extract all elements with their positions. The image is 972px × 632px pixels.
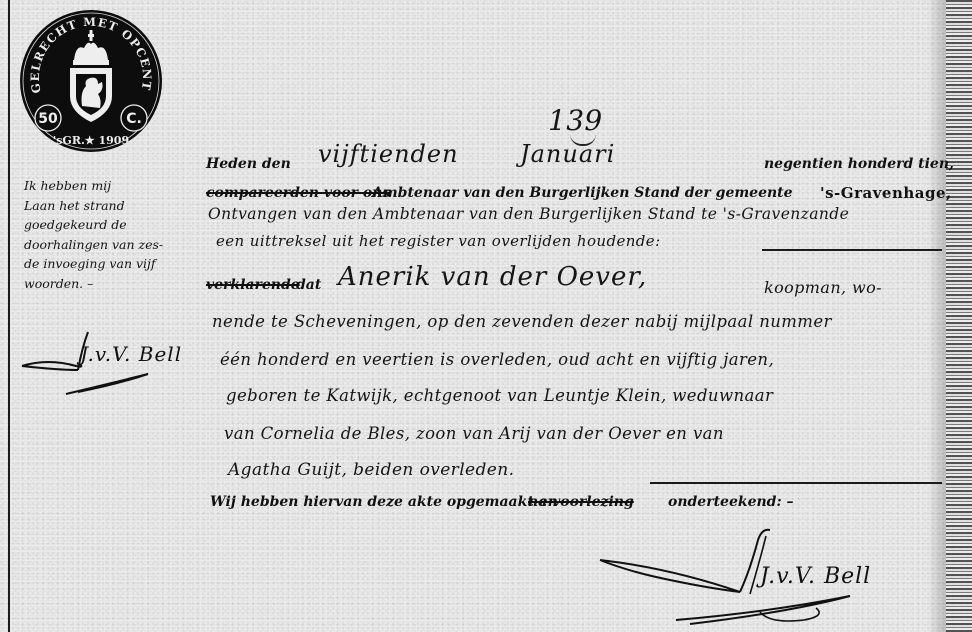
stamp-seal-icon: ZEGELRECHT MET OPCENTEN 50 C. 'sGR.★ 190…: [18, 8, 164, 154]
official-signature-text: J.v.V. Bell: [760, 564, 871, 589]
revenue-stamp: ZEGELRECHT MET OPCENTEN 50 C. 'sGR.★ 190…: [18, 8, 164, 154]
handwritten-line-10: Agatha Guijt, beiden overleden.: [228, 460, 514, 480]
handwritten-line-7: één honderd en veertien is overleden, ou…: [220, 350, 774, 369]
margin-signature-text: J.v.V. Bell: [80, 342, 182, 366]
printed-onderteekend: onderteekend: –: [668, 494, 794, 510]
margin-note-line: doorhalingen van zes-: [24, 235, 184, 255]
margin-note-line: de invoeging van vijf: [24, 254, 184, 274]
margin-note: Ik hebben mij Laan het strand goedgekeur…: [24, 176, 184, 293]
svg-text:C.: C.: [126, 111, 142, 127]
fill-line: [762, 249, 942, 251]
scan-edge-artifact: [946, 0, 972, 632]
printed-struck-compareerden: compareerden voor ons: [206, 185, 390, 201]
margin-note-line: Laan het strand: [24, 196, 184, 216]
margin-note-line: Ik hebben mij: [24, 176, 184, 196]
printed-ambtenaar: Ambtenaar van den Burgerlijken Stand der…: [372, 185, 793, 201]
printed-city: 's-Gravenhage,: [820, 184, 952, 202]
handwritten-line-9: van Cornelia de Bles, zoon van Arij van …: [224, 424, 724, 443]
printed-struck-verklarende: verklarende: [206, 277, 300, 293]
svg-text:50: 50: [38, 111, 58, 127]
margin-signature: J.v.V. Bell: [18, 318, 188, 398]
left-margin-rule: [8, 0, 10, 632]
handwritten-month: Januari: [520, 140, 615, 168]
printed-heden-den: Heden den: [206, 156, 291, 172]
svg-text:'sGR.★ 1909: 'sGR.★ 1909: [53, 134, 129, 147]
document-page: ZEGELRECHT MET OPCENTEN 50 C. 'sGR.★ 190…: [0, 0, 972, 632]
record-number: 139: [548, 104, 603, 137]
handwritten-day: vijftienden: [318, 140, 459, 168]
handwritten-line-4: een uittreksel uit het register van over…: [216, 232, 661, 250]
printed-closing: Wij hebben hiervan deze akte opgemaakt e…: [210, 494, 558, 510]
margin-note-line: woorden. –: [24, 274, 184, 294]
handwritten-deceased-name: Anerik van der Oever,: [338, 262, 647, 292]
handwritten-line-8: geboren te Katwijk, echtgenoot van Leunt…: [226, 386, 773, 405]
printed-struck-voorlezing: na voorlezing: [528, 494, 634, 510]
fill-line: [650, 482, 942, 484]
official-signature: J.v.V. Bell: [590, 520, 890, 630]
printed-dat: dat: [296, 277, 321, 293]
handwritten-line-6: nende te Scheveningen, op den zevenden d…: [212, 312, 832, 331]
handwritten-line-3: Ontvangen van den Ambtenaar van den Burg…: [208, 205, 849, 223]
handwritten-occupation: koopman, wo-: [764, 278, 882, 297]
printed-year: negentien honderd tien,: [764, 156, 954, 172]
margin-note-line: goedgekeurd de: [24, 215, 184, 235]
